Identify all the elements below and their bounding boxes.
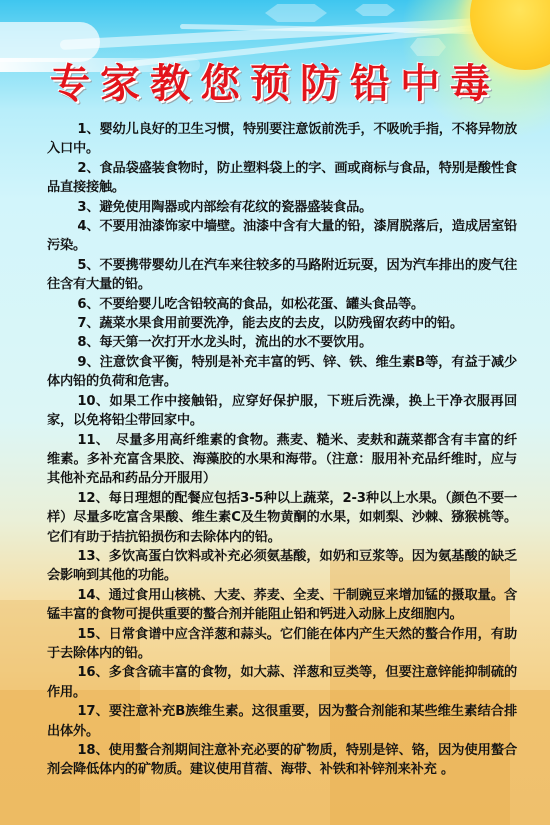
tip-item-6: 6、不要给婴儿吃含铅较高的食品，如松花蛋、罐头食品等。 [47, 295, 517, 314]
tip-item-16: 16、多食含硫丰富的食物，如大蒜、洋葱和豆类等，但要注意锌能抑制硫的作用。 [47, 663, 517, 702]
tip-item-3: 3、避免使用陶器或内部绘有花纹的瓷器盛装食品。 [47, 198, 517, 217]
hexagon-flare [265, 4, 327, 22]
tip-item-2: 2、食品袋盛装食物时，防止塑料袋上的字、画或商标与食品，特别是酸性食品直接接触。 [47, 159, 517, 198]
tip-item-13: 13、多饮高蛋白饮料或补充必须氨基酸，如奶和豆浆等。因为氨基酸的缺乏会影响到其他… [47, 547, 517, 586]
tip-item-1: 1、婴幼儿良好的卫生习惯，特别要注意饭前洗手，不吸吮手指，不将异物放入口中。 [47, 120, 517, 159]
poster-title: 专家教您预防铅中毒 [0, 52, 550, 109]
tip-item-5: 5、不要携带婴幼儿在汽车来往较多的马路附近玩耍，因为汽车排出的废气往往含有大量的… [47, 256, 517, 295]
hexagon-flare [355, 4, 395, 16]
tips-list: 1、婴幼儿良好的卫生习惯，特别要注意饭前洗手，不吸吮手指，不将异物放入口中。 2… [47, 120, 517, 780]
tip-item-7: 7、蔬菜水果食用前要洗净，能去皮的去皮，以防残留农药中的铅。 [47, 314, 517, 333]
tip-item-10: 10、如果工作中接触铅，应穿好保护服，下班后洗澡，换上干净衣服再回家，以免将铅尘… [47, 392, 517, 431]
tip-item-11: 11、 尽量多用高纤维素的食物。燕麦、糙米、麦麸和蔬菜都含有丰富的纤维素。多补充… [47, 431, 517, 489]
tip-item-14: 14、通过食用山核桃、大麦、荞麦、全麦、干制豌豆来增加锰的摄取量。含锰丰富的食物… [47, 586, 517, 625]
tip-item-17: 17、要注意补充B族维生素。这很重要，因为螯合剂能和某些维生素结合排出体外。 [47, 702, 517, 741]
tip-item-8: 8、每天第一次打开水龙头时，流出的水不要饮用。 [47, 333, 517, 352]
tip-item-4: 4、不要用油漆饰家中墙壁。油漆中含有大量的铅，漆屑脱落后，造成居室铅污染。 [47, 217, 517, 256]
tip-item-9: 9、注意饮食平衡，特别是补充丰富的钙、锌、铁、维生素B等，有益于减少体内铅的负荷… [47, 353, 517, 392]
tip-item-12: 12、每日理想的配餐应包括3-5种以上蔬菜，2-3种以上水果。（颜色不要一样）尽… [47, 489, 517, 547]
tip-item-18: 18、使用螯合剂期间注意补充必要的矿物质，特别是锌、铬，因为使用螯合剂会降低体内… [47, 741, 517, 780]
tip-item-15: 15、日常食谱中应含洋葱和蒜头。它们能在体内产生天然的螯合作用，有助于去除体内的… [47, 625, 517, 664]
